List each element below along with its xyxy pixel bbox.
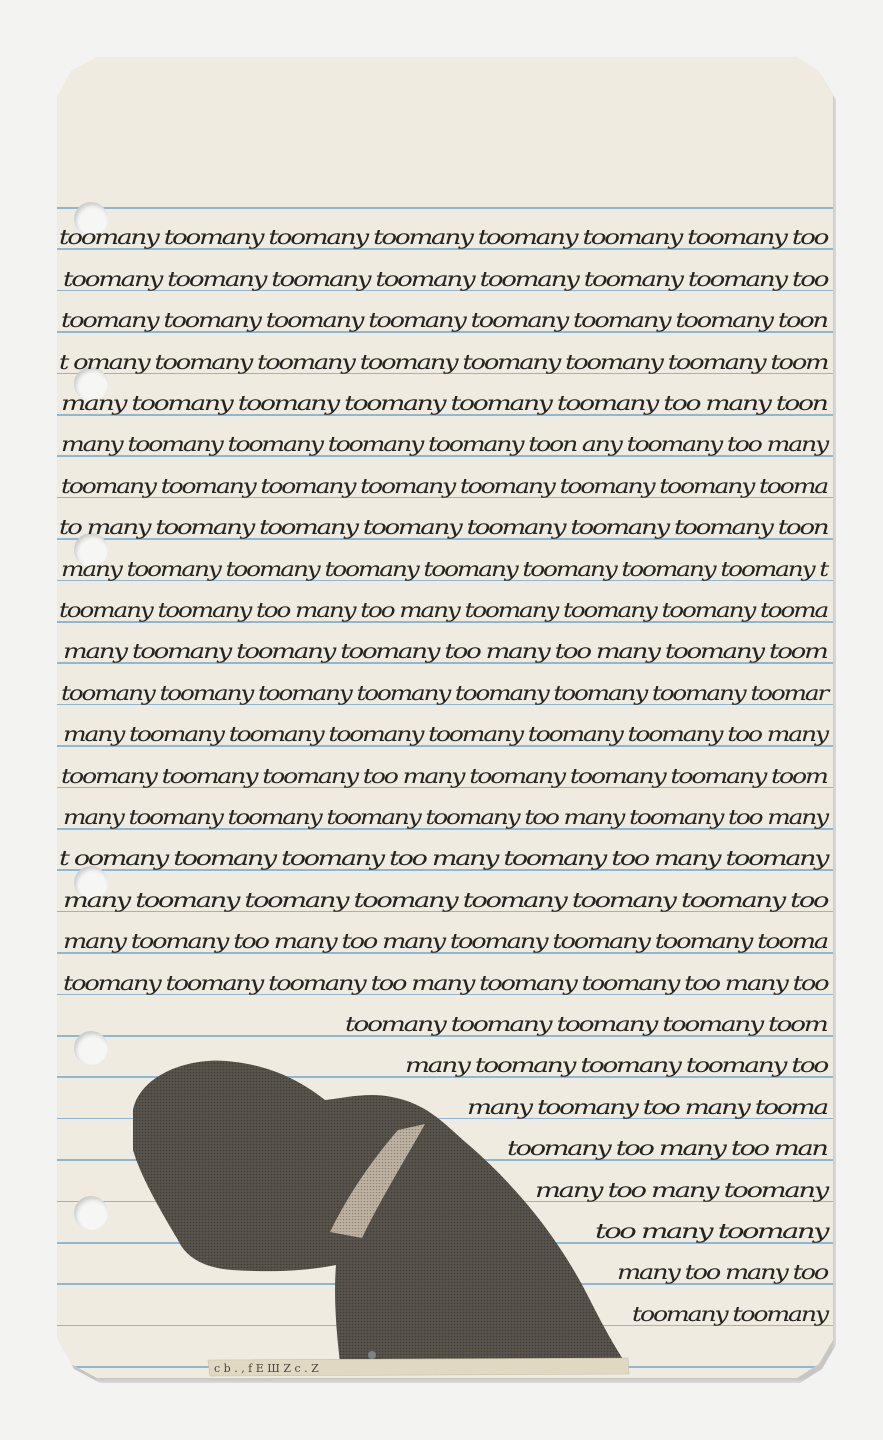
handwritten-line: many toomany toomany toomany toomany too… [61,559,827,579]
handwritten-line: many toomany toomany toomany too [405,1056,827,1076]
handwritten-line: many toomany toomany toomany toomany too… [63,808,827,828]
handwritten-line: toomany toomany too many too many tooman… [59,601,827,621]
handwritten-line: t omany toomany toomany toomany toomany … [59,352,827,372]
handwritten-line: many toomany toomany toomany toomany too… [63,725,827,745]
ruled-line [57,1366,833,1368]
handwritten-line: many toomany toomany toomany toomany too… [61,435,827,455]
handwritten-line: toomany toomany toomany toomany toomany … [61,311,827,331]
handwritten-line: toomany toomany toomany too many toomany… [61,766,827,786]
handwritten-line: toomany toomany toomany toomany toomany … [59,228,827,248]
ruled-line [57,207,833,209]
handwritten-line: toomany toomany toomany too many toomany… [63,973,827,993]
handwritten-line: many too many toomany [535,1180,827,1200]
handwritten-line: to many toomany toomany toomany toomany … [59,518,827,538]
handwritten-line: too many toomany [595,1222,827,1242]
handwritten-line: many toomany toomany toomany too many to… [63,642,827,662]
handwritten-line: toomany toomany toomany toomany toomany … [63,270,827,290]
handwritten-line: many toomany too many too many toomany t… [63,932,827,952]
binder-hole [74,1031,108,1065]
handwritten-line: toomany toomany toomany toomany toom [345,1015,827,1035]
handwritten-line: toomany toomany toomany toomany toomany … [61,684,827,704]
handwritten-line: many too many too [617,1263,827,1283]
handwritten-line: toomany too many too man [507,1139,827,1159]
handwritten-line: many toomany too many tooma [467,1098,827,1118]
ruled-notebook-page: toomany toomany toomany toomany toomany … [57,57,833,1378]
handwritten-line: t oomany toomany toomany too many tooman… [59,849,827,869]
handwritten-line: toomany toomany toomany toomany toomany … [61,477,827,497]
handwritten-line: toomany toomany [632,1305,827,1325]
handwritten-line: many toomany toomany toomany toomany too… [63,891,827,911]
handwritten-line: many toomany toomany toomany toomany too… [61,394,827,414]
binder-hole [74,1196,108,1230]
